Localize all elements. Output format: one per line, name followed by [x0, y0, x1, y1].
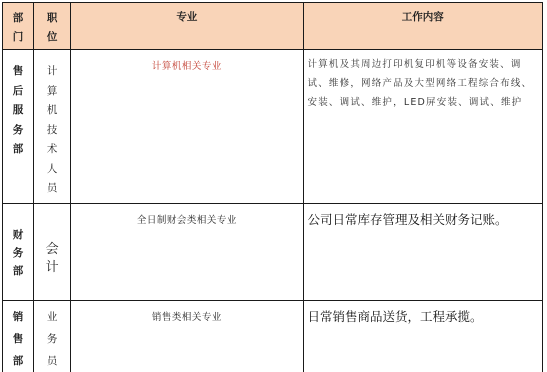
dept-char: 部 — [13, 262, 24, 280]
header-position-char: 职 — [47, 9, 58, 28]
position-char: 计 — [46, 259, 59, 277]
position-char: 会 — [46, 241, 59, 259]
table-row: 销 售 部 业 务 员 销售类相关专业 日常销售商品送货，工程承揽。 — [3, 301, 543, 372]
major-cell: 销售类相关专业 — [71, 301, 303, 372]
position-char: 机 — [47, 101, 58, 121]
header-major: 专业 — [71, 3, 303, 50]
major-cell: 计算机相关专业 — [71, 50, 303, 204]
position-char: 术 — [47, 140, 58, 160]
work-text: 公司日常库存管理及相关财务记账。 — [304, 204, 542, 228]
position-char: 员 — [47, 350, 58, 372]
table-row: 售 后 服 务 部 计 算 机 技 术 人 员 计算机相关专业 计算机及其周边打… — [3, 50, 543, 204]
job-table: 部 门 职 位 专业 工作内容 售 后 服 务 部 — [2, 2, 543, 372]
header-work-label: 工作内容 — [304, 3, 542, 24]
position-char: 计 — [47, 62, 58, 82]
work-cell: 日常销售商品送货，工程承揽。 — [303, 301, 542, 372]
work-text: 日常销售商品送货，工程承揽。 — [304, 301, 542, 325]
header-dept-char: 部 — [13, 9, 24, 28]
dept-char: 售 — [13, 328, 24, 350]
header-row: 部 门 职 位 专业 工作内容 — [3, 3, 543, 50]
position-char: 人 — [47, 160, 58, 180]
position-char: 算 — [47, 82, 58, 102]
table-row: 财 务 部 会 计 全日制财会类相关专业 公司日常库存管理及相关财务记账。 — [3, 204, 543, 301]
position-cell: 计 算 机 技 术 人 员 — [34, 50, 71, 204]
major-text: 全日制财会类相关专业 — [71, 204, 302, 226]
position-char: 务 — [47, 328, 58, 350]
header-work: 工作内容 — [303, 3, 542, 50]
dept-char: 销 — [13, 306, 24, 328]
header-position-char: 位 — [47, 28, 58, 47]
work-cell: 公司日常库存管理及相关财务记账。 — [303, 204, 542, 301]
header-major-label: 专业 — [71, 3, 302, 24]
position-char: 业 — [47, 306, 58, 328]
dept-char: 服 — [13, 101, 24, 121]
major-text: 销售类相关专业 — [71, 301, 302, 323]
work-text: 计算机及其周边打印机复印机等设备安装、调试、维修，网络产品及大型网络工程综合布线… — [304, 50, 542, 112]
dept-cell: 售 后 服 务 部 — [3, 50, 34, 204]
dept-char: 财 — [13, 226, 24, 244]
position-char: 员 — [47, 179, 58, 199]
dept-cell: 销 售 部 — [3, 301, 34, 372]
major-cell: 全日制财会类相关专业 — [71, 204, 303, 301]
dept-char: 后 — [13, 82, 24, 102]
dept-char: 售 — [13, 62, 24, 82]
dept-cell: 财 务 部 — [3, 204, 34, 301]
header-dept-char: 门 — [13, 28, 24, 47]
position-cell: 业 务 员 — [34, 301, 71, 372]
major-text: 计算机相关专业 — [71, 50, 302, 72]
dept-char: 部 — [13, 350, 24, 372]
header-position: 职 位 — [34, 3, 71, 50]
work-cell: 计算机及其周边打印机复印机等设备安装、调试、维修，网络产品及大型网络工程综合布线… — [303, 50, 542, 204]
position-cell: 会 计 — [34, 204, 71, 301]
dept-char: 务 — [13, 121, 24, 141]
position-char: 技 — [47, 121, 58, 141]
header-dept: 部 门 — [3, 3, 34, 50]
dept-char: 部 — [13, 140, 24, 160]
dept-char: 务 — [13, 244, 24, 262]
